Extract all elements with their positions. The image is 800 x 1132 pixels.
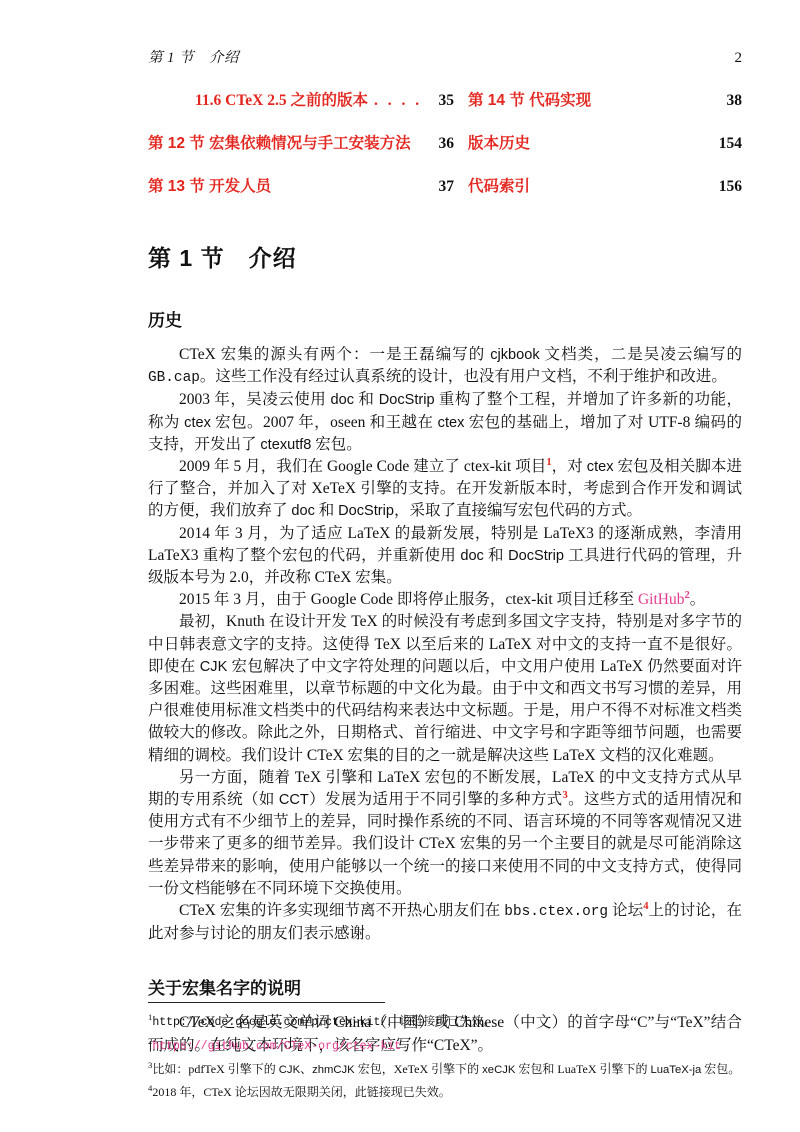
subsection-heading: 历史 xyxy=(148,306,742,331)
text-run: ）发展为适用于不同引擎的多种方式 xyxy=(309,791,563,808)
text-run: CJK xyxy=(200,659,228,675)
text-run: 文档类，二是吴凌云编写的 xyxy=(540,346,742,363)
text-run: CJK xyxy=(279,1064,300,1076)
text-run: doc xyxy=(291,503,314,519)
text-run: 和 xyxy=(354,391,379,408)
toc-entry-page: 35 xyxy=(439,93,455,109)
paragraph: CTeX 宏集的许多实现细节离不开热心朋友们在 bbs.ctex.org 论坛4… xyxy=(148,900,742,945)
text-run: 2003 年，吴凌云使用 xyxy=(179,391,331,408)
text-run: DocStrip xyxy=(379,392,435,408)
text-run: ctexutf8 xyxy=(260,437,311,453)
text-run: xeCJK xyxy=(482,1064,515,1076)
text-run: doc xyxy=(460,548,483,564)
footnote-list: 1http://code.google.com/p/ctex-kit/，该链接现… xyxy=(148,1010,742,1103)
paragraph: 另一方面，随着 TeX 引擎和 LaTeX 宏包的不断发展，LaTeX 的中文支… xyxy=(148,767,742,900)
page-number: 2 xyxy=(735,50,743,67)
text-run: 。 xyxy=(690,591,706,608)
section-body: 历史CTeX 宏集的源头有两个：一是王磊编写的 cjkbook 文档类，二是吴凌… xyxy=(148,306,742,1057)
text-run: CTeX 宏集的源头有两个：一是王磊编写的 xyxy=(179,346,490,363)
paragraph: 最初，Knuth 在设计开发 TeX 的时候没有考虑到多国文字支持，特别是对多字… xyxy=(148,611,742,766)
text-run: 2018 年，CTeX 论坛因故无限期关闭，此链接现已失效。 xyxy=(152,1085,451,1099)
text-run: cjkbook xyxy=(490,347,539,363)
text-run: ，该链接现已失效。 xyxy=(387,1014,495,1028)
text-run: GB.cap xyxy=(148,370,200,386)
text-run: 宏包。 xyxy=(701,1062,740,1076)
paragraph: 2009 年 5 月，我们在 Google Code 建立了 ctex-kit … xyxy=(148,456,742,523)
toc-entry-label: 第 14 节 代码实现 xyxy=(468,93,591,109)
toc-entry-label: 第 12 节 宏集依赖情况与手工安装方法 xyxy=(148,136,411,152)
section-heading: 第 1 节 介绍 xyxy=(148,240,742,273)
main-content: 第 1 节 介绍 历史CTeX 宏集的源头有两个：一是王磊编写的 cjkbook… xyxy=(148,240,742,1057)
page: { "colors": { "accent_red": "#e3261f", "… xyxy=(0,0,800,1132)
subsection-heading: 关于宏集名字的说明 xyxy=(148,974,742,999)
footnote: 3比如：pdfTeX 引擎下的 CJK、zhmCJK 宏包，XeTeX 引擎下的… xyxy=(148,1058,742,1081)
footnote: 1http://code.google.com/p/ctex-kit/，该链接现… xyxy=(148,1010,742,1034)
footnotes: 1http://code.google.com/p/ctex-kit/，该链接现… xyxy=(148,1002,742,1103)
toc-entry-label: 11.6 CTeX 2.5 之前的版本 xyxy=(195,93,368,109)
text-run: 宏包。 xyxy=(311,436,361,453)
text-run: DocStrip xyxy=(338,503,394,519)
toc-column-right: 第 14 节 代码实现38版本历史154代码索引156 xyxy=(468,93,742,222)
text-run: 、 xyxy=(300,1062,312,1076)
toc-entry-page: 156 xyxy=(719,179,742,195)
external-link[interactable]: GitHub xyxy=(638,591,685,608)
text-run: doc xyxy=(331,392,354,408)
text-run: 宏包和 LuaTeX 引擎下的 xyxy=(515,1062,650,1076)
text-run: ，采取了直接编写宏包代码的方式。 xyxy=(394,502,642,519)
footnote: 42018 年，CTeX 论坛因故无限期关闭，此链接现已失效。 xyxy=(148,1081,742,1103)
paragraph: 2014 年 3 月，为了适应 LaTeX 的最新发展，特别是 LaTeX3 的… xyxy=(148,523,742,590)
text-run: 。这些工作没有经过认真系统的设计，也没有用户文档，不利于维护和改进。 xyxy=(200,368,727,385)
paragraph: 2003 年，吴凌云使用 doc 和 DocStrip 重构了整个工程，并增加了… xyxy=(148,389,742,456)
running-title: 第 1 节 介绍 xyxy=(148,46,239,67)
text-run: bbs.ctex.org xyxy=(504,904,608,920)
text-run: 宏包。2007 年，oseen 和王越在 xyxy=(211,414,438,431)
text-run: ，对 xyxy=(552,458,587,475)
text-run: 和 xyxy=(315,502,338,519)
footnote-rule xyxy=(148,1002,385,1003)
toc-entry[interactable]: 第 14 节 代码实现38 xyxy=(468,93,742,109)
toc-column-left: 11.6 CTeX 2.5 之前的版本35第 12 节 宏集依赖情况与手工安装方… xyxy=(148,93,454,222)
toc-entry-label: 版本历史 xyxy=(468,136,530,152)
toc-entry-page: 154 xyxy=(719,136,742,152)
toc-entry-label: 代码索引 xyxy=(468,179,530,195)
text-run: zhmCJK xyxy=(312,1064,355,1076)
footnote: 2https://github.com/CTeX-org/ctex-kit xyxy=(148,1034,742,1058)
page-header: 第 1 节 介绍 2 xyxy=(148,46,742,67)
toc-entry[interactable]: 11.6 CTeX 2.5 之前的版本35 xyxy=(148,93,454,109)
text-run: ctex xyxy=(587,459,614,475)
toc-entry[interactable]: 版本历史154 xyxy=(468,136,742,152)
text-run: ctex xyxy=(184,415,211,431)
text-run: 和 xyxy=(484,547,508,564)
toc-entry-page: 36 xyxy=(439,136,455,152)
text-run: 宏包解决了中文字符处理的问题以后，中文用户使用 LaTeX 仍然要面对许多困难。… xyxy=(148,658,742,764)
text-run: ctex xyxy=(438,415,465,431)
paragraph: 2015 年 3 月，由于 Google Code 即将停止服务，ctex-ki… xyxy=(148,589,742,611)
text-run: CTeX 宏集的许多实现细节离不开热心朋友们在 xyxy=(179,902,504,919)
text-run: CCT xyxy=(279,792,309,808)
toc-entry[interactable]: 第 13 节 开发人员37 xyxy=(148,179,454,195)
text-run: http://code.google.com/p/ctex-kit/ xyxy=(152,1016,387,1029)
external-link[interactable]: https://github.com/CTeX-org/ctex-kit xyxy=(152,1040,401,1053)
toc-entry[interactable]: 第 12 节 宏集依赖情况与手工安装方法36 xyxy=(148,136,454,152)
text-run: DocStrip xyxy=(508,548,564,564)
text-run: 论坛 xyxy=(608,902,643,919)
text-run: 宏包，XeTeX 引擎下的 xyxy=(355,1062,482,1076)
table-of-contents: 11.6 CTeX 2.5 之前的版本35第 12 节 宏集依赖情况与手工安装方… xyxy=(148,93,742,222)
text-run: 2015 年 3 月，由于 Google Code 即将停止服务，ctex-ki… xyxy=(179,591,638,608)
toc-dot-leader xyxy=(374,93,425,109)
toc-entry[interactable]: 代码索引156 xyxy=(468,179,742,195)
text-run: 2009 年 5 月，我们在 Google Code 建立了 ctex-kit … xyxy=(179,458,546,475)
text-run: LuaTeX-ja xyxy=(651,1064,702,1076)
text-run: 比如：pdfTeX 引擎下的 xyxy=(152,1062,278,1076)
paragraph: CTeX 宏集的源头有两个：一是王磊编写的 cjkbook 文档类，二是吴凌云编… xyxy=(148,344,742,389)
toc-entry-page: 37 xyxy=(439,179,455,195)
toc-entry-page: 38 xyxy=(727,93,743,109)
toc-entry-label: 第 13 节 开发人员 xyxy=(148,179,271,195)
